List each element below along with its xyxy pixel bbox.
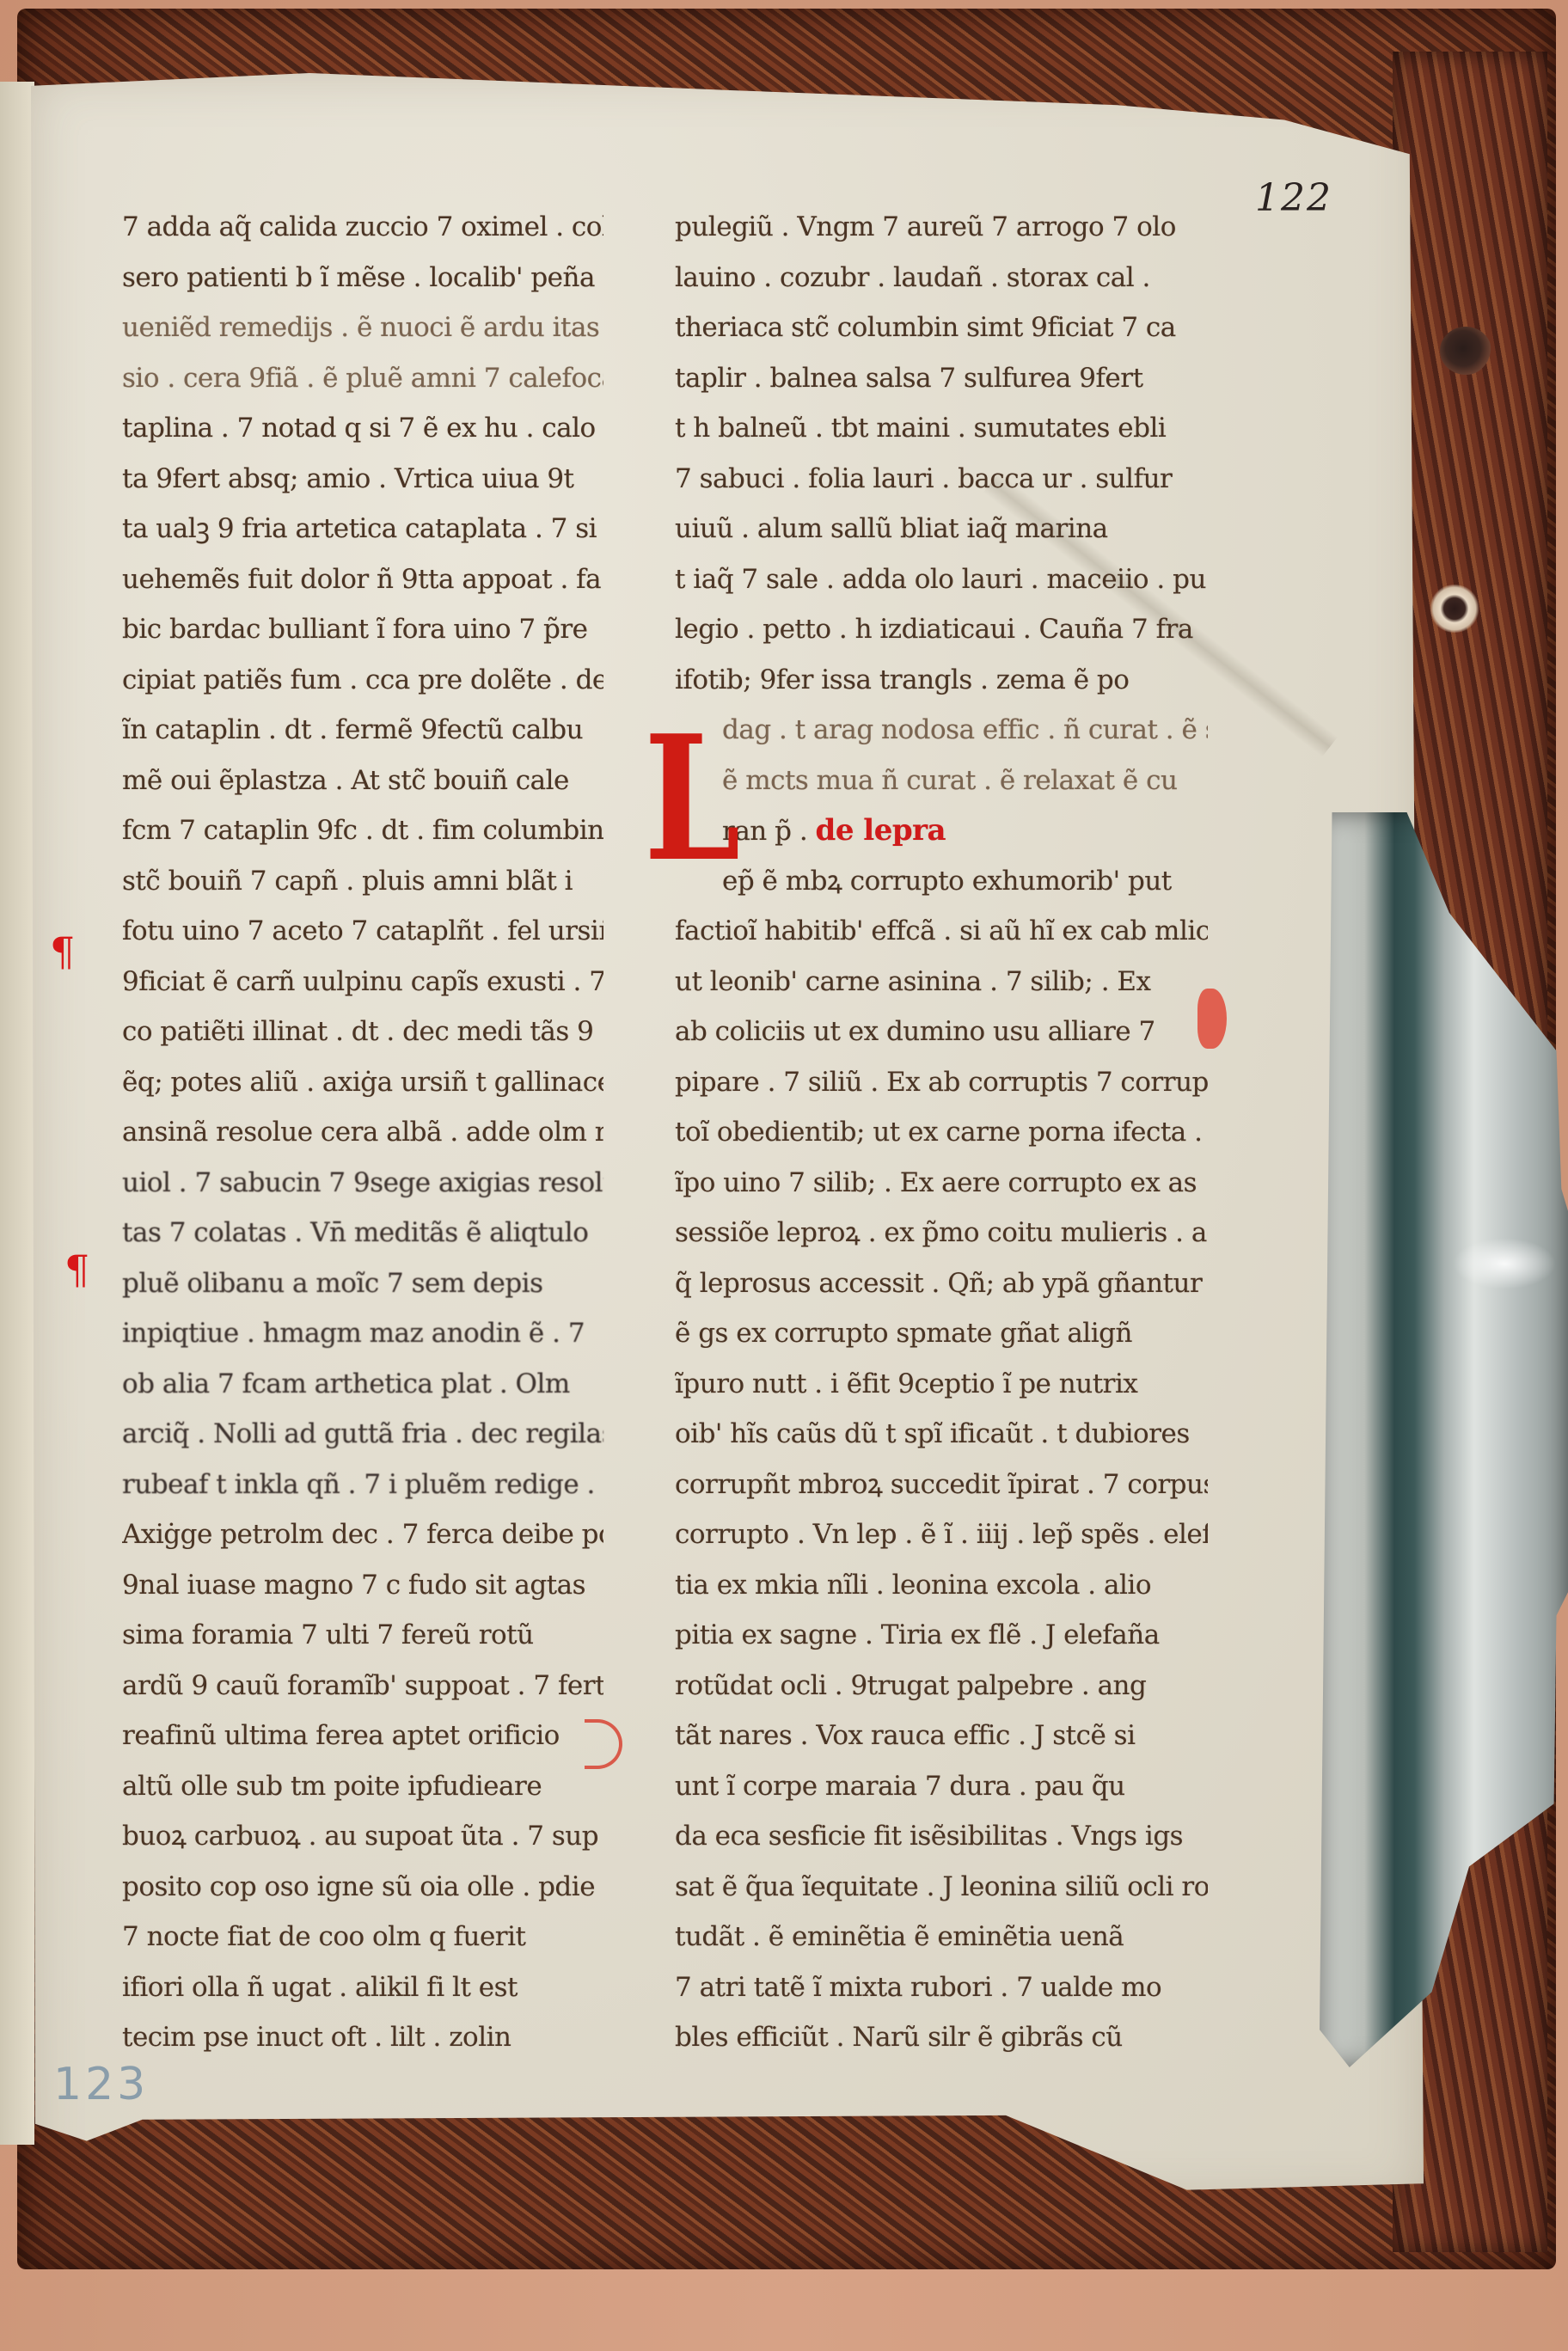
text-line: corrupto . Vn lep . ẽ ĩ . iiij . lep̃ sp… (675, 1509, 1208, 1560)
rubric-heading: de lepra (816, 813, 946, 848)
text-line: fotu uino 7 aceto 7 cataplñt . fel ursiñ (122, 906, 603, 957)
text-line: pipare . 7 siliũ . Ex ab corruptis 7 cor… (675, 1057, 1208, 1108)
text-line: uehemẽs fuit dolor ñ 9tta appoat . fa (122, 554, 603, 605)
text-line: lauino . cozubr . laudañ . storax cal . (675, 253, 1208, 303)
text-line: inpiqtiue . hmagm maz anodin ẽ . 7 (122, 1308, 603, 1359)
text-line: uiuũ . alum sallũ bliat iaq̃ marina (675, 504, 1208, 554)
text-line: ut leonib' carne asinina . 7 silib; . Ex (675, 957, 1208, 1007)
text-line: ĩpuro nutt . i ẽfit 9ceptio ĩ pe nutrix (675, 1359, 1208, 1410)
text-line: dag . t arag nodosa effic . ñ curat . ẽ … (675, 705, 1208, 756)
text-line: tia ex mkia nĩli . leonina excola . alio (675, 1560, 1208, 1611)
text-line: rubeaf t inkla qñ . 7 i pluẽm redige . (122, 1460, 603, 1510)
text-line: corrupñt mbroꝝ succedit ĩpirat . 7 corpu… (675, 1460, 1208, 1510)
text-line: arciq̃ . Nolli ad guttã fria . dec regil… (122, 1409, 603, 1460)
text-line: 7 atri tatẽ ĩ mixta rubori . 7 ualde mo (675, 1962, 1208, 2013)
text-line: taplir . balnea salsa 7 sulfurea 9fert (675, 353, 1208, 404)
text-line: co patiẽti illinat . dt . dec medi tãs 9 (122, 1007, 603, 1057)
text-line: ab coliciis ut ex dumino usu alliare 7 (675, 1007, 1208, 1057)
text-line: altũ olle sub tm poite ipfudieare (122, 1761, 603, 1812)
text-line: mẽ oui ẽplastza . At stc̃ bouiñ cale (122, 756, 603, 806)
text-line: sima foramia 7 ulti 7 fereũ rotũ (122, 1610, 603, 1661)
text-line: buoꝝ carbuoꝝ . au supoat ũta . 7 sup (122, 1811, 603, 1862)
text-line: rotũdat ocli . 9trugat palpebre . ang (675, 1661, 1208, 1711)
text-line: tudãt . ẽ eminẽtia ẽ eminẽtia uenã (675, 1912, 1208, 1962)
text-line: fcm 7 cataplin 9fc . dt . fim columbin . (122, 805, 603, 856)
rivet-icon (1440, 327, 1491, 375)
text-line: ifiori olla ñ ugat . alikil fi lt est (122, 1962, 603, 2013)
text-line: ifotib; 9fer issa trangls . zema ẽ po (675, 655, 1208, 706)
text-line: factioĩ habitib' effcã . si aũ hĩ ex cab… (675, 906, 1208, 957)
text-line: tas 7 colatas . Vn̄ meditãs ẽ aliqtulo (122, 1208, 603, 1258)
paragraph-mark-icon: ¶ (64, 1246, 89, 1293)
text-line: oib' hĩs caũs dũ t spĩ ificaũt . t dubio… (675, 1409, 1208, 1460)
text-line: ta 9fert absq; amio . Vrtica uiua 9t (122, 454, 603, 505)
text-line: Axiġge petrolm dec . 7 ferca deibe po (122, 1509, 603, 1560)
text-line: taplina . 7 notad q si 7 ẽ ex hu . calo … (122, 403, 603, 454)
text-line: unt ĩ corpe maraia 7 dura . pau q̃u (675, 1761, 1208, 1812)
text-line: ẽ mcts mua ñ curat . ẽ relaxat ẽ cu (675, 756, 1208, 806)
text-line: reafinũ ultima ferea aptet orificio (122, 1711, 603, 1761)
text-line: toĩ obedientib; ut ex carne porna ifecta… (675, 1107, 1208, 1158)
heading-line: ran p̃ . de lepra (675, 805, 1208, 856)
text-line: ob alia 7 fcam arthetica plat . Olm (122, 1359, 603, 1410)
text-column-right: pulegiũ . Vngm 7 aureũ 7 arrogo 7 olo la… (675, 202, 1208, 2063)
text-line: sero patienti b ĩ mẽse . localib' peña s… (122, 253, 603, 303)
text-line: ĩn cataplin . dt . fermẽ 9fectũ calbu (122, 705, 603, 756)
text-line: ardũ 9 cauũ foramĩb' suppoat . 7 fert (122, 1661, 603, 1711)
text-line: legio . petto . h izdiaticaui . Cauña 7 … (675, 604, 1208, 655)
rivet-icon (1429, 585, 1480, 633)
red-ink-mark (1197, 989, 1227, 1049)
text-line: ueniẽd remedijs . ẽ nuoci ẽ ardu itas 7 … (122, 303, 603, 353)
facing-page-edge (0, 82, 34, 2145)
text-line: 9ficiat ẽ carñ uulpinu capĩs exusti . 7 … (122, 957, 603, 1007)
text-line: pulegiũ . Vngm 7 aureũ 7 arrogo 7 olo (675, 202, 1208, 253)
text-line: stc̃ bouiñ 7 capñ . pluis amni blãt i (122, 856, 603, 907)
text-line: bles efficiũt . Narũ silr ẽ gibrãs cũ (675, 2012, 1208, 2063)
decorated-initial: L (644, 713, 741, 885)
text-line: 9nal iuase magno 7 c fudo sit agtas (122, 1560, 603, 1611)
text-line: ẽq; potes aliũ . axiġa ursiñ t gallinace… (122, 1057, 603, 1108)
text-column-left: 7 adda aq̃ calida zuccio 7 oximel . cola… (122, 202, 603, 2063)
text-line: sessiõe leproꝝ . ex p̃mo coitu mulieris … (675, 1208, 1208, 1258)
metal-clip-highlight (1453, 1238, 1556, 1289)
text-line: ep̃ ẽ mbꝝ corrupto exhumorib' put (675, 856, 1208, 907)
text-line: 7 sabuci . folia lauri . bacca ur . sulf… (675, 454, 1208, 505)
text-line: cipiat patiẽs fum . cca pre dolẽte . de (122, 655, 603, 706)
text-line: da eca sesficie fit isẽsibilitas . Vngs … (675, 1811, 1208, 1862)
text-line: t iaq̃ 7 sale . adda olo lauri . maceiio… (675, 554, 1208, 605)
text-line: ta ualꝫ 9 fria artetica cataplata . 7 si (122, 504, 603, 554)
text-line: pitia ex sagne . Tiria ex flẽ . J elefañ… (675, 1610, 1208, 1661)
text-line: sat ẽ q̃ua ĩequitate . J leonina siliũ o… (675, 1862, 1208, 1913)
text-line: ẽ gs ex corrupto spmate gñat aligñ (675, 1308, 1208, 1359)
text-line: t h balneũ . tbt maini . sumutates ebli (675, 403, 1208, 454)
text-line: bic bardac bulliant ĩ fora uino 7 p̃re (122, 604, 603, 655)
text-line: q̃ leprosus accessit . Qñ; ab ypã gñantu… (675, 1258, 1208, 1309)
text-line: posito cop oso igne sũ oia olle . pdie (122, 1862, 603, 1913)
text-line: tecim pse inuct oft . lilt . zolin (122, 2012, 603, 2063)
old-folio-number: 123 (53, 2059, 149, 2110)
text-line: 7 adda aq̃ calida zuccio 7 oximel . cola… (122, 202, 603, 253)
text-line: uiol . 7 sabucin 7 9sege axigias resolu (122, 1158, 603, 1209)
text-line: theriaca stc̃ columbin simt 9ficiat 7 ca (675, 303, 1208, 353)
text-line: 7 nocte fiat de coo olm q fuerit (122, 1912, 603, 1962)
text-line: tãt nares . Vox rauca effic . J stcẽ si (675, 1711, 1208, 1761)
text-line: ansinã resolue cera albã . adde olm ro . (122, 1107, 603, 1158)
paragraph-mark-icon: ¶ (50, 928, 75, 975)
text-line: sio . cera 9fiã . ẽ pluẽ amni 7 calefoca… (122, 353, 603, 404)
text-line: pluẽ olibanu a moĩc 7 sem depis (122, 1258, 603, 1309)
text-line: ĩpo uino 7 silib; . Ex aere corrupto ex … (675, 1158, 1208, 1209)
folio-number: 122 (1255, 176, 1332, 220)
